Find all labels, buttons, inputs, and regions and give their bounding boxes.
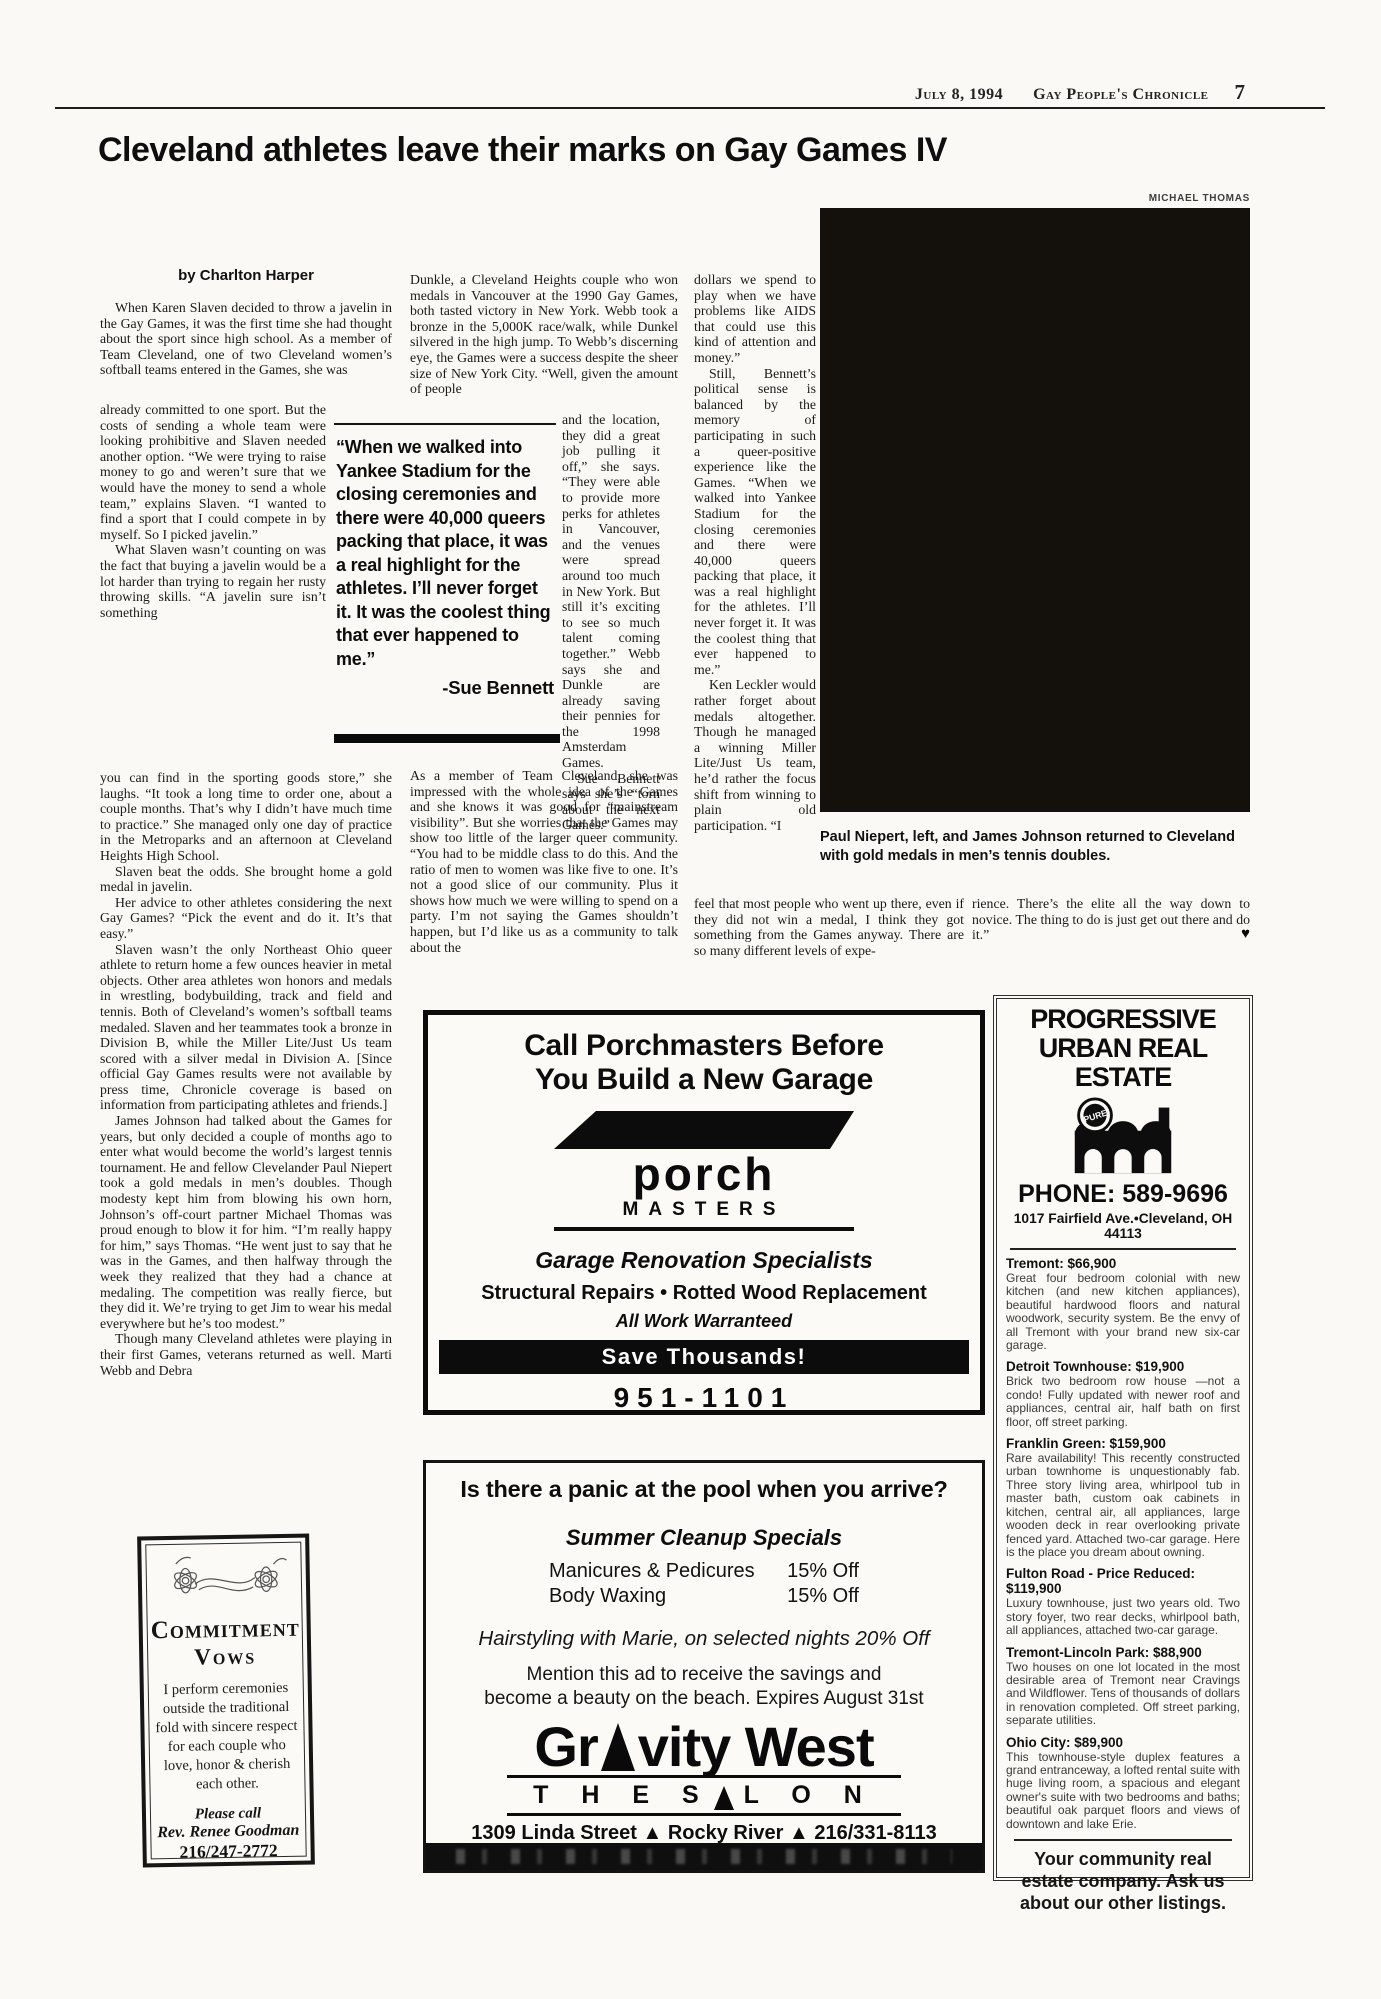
paragraph: Her advice to other athletes considering… bbox=[100, 895, 392, 942]
special-value: 15% Off bbox=[787, 1559, 859, 1584]
porchmasters-logo-word: porch bbox=[633, 1151, 776, 1197]
porchmasters-phone: 951-1101 bbox=[614, 1382, 795, 1414]
paragraph: feel that most people who went up there,… bbox=[694, 896, 964, 958]
listings: Tremont: $66,900 Great four bedroom colo… bbox=[1006, 1256, 1240, 1831]
article-col2-top: Dunkle, a Cleveland Heights couple who w… bbox=[410, 272, 678, 397]
masthead-date: July 8, 1994 bbox=[915, 86, 1003, 103]
paragraph: What Slaven wasn’t counting on was the f… bbox=[100, 542, 326, 620]
paragraph: Still, Bennett’s political sense is bala… bbox=[694, 366, 816, 678]
illegible-footer-text bbox=[456, 1849, 952, 1864]
photo-caption: Paul Niepert, left, and James Johnson re… bbox=[820, 828, 1252, 866]
paragraph: Slaven wasn’t the only Northeast Ohio qu… bbox=[100, 942, 392, 1114]
triangle-icon bbox=[714, 1786, 734, 1810]
paragraph: dollars we spend to play when we have pr… bbox=[694, 272, 816, 366]
paragraph-text: rience. There’s the elite all the way do… bbox=[972, 896, 1250, 942]
porchmasters-services: Structural Repairs • Rotted Wood Replace… bbox=[481, 1282, 927, 1305]
salon-text-right: L O N bbox=[744, 1781, 875, 1810]
commitment-vows-ad: Commitment Vows I perform ceremonies out… bbox=[137, 1534, 315, 1868]
porchmasters-warranty: All Work Warranteed bbox=[616, 1311, 792, 1332]
article-col1-rest: you can find in the sporting goods store… bbox=[100, 770, 392, 1378]
divider-rule bbox=[1010, 1248, 1236, 1250]
listing-item: Fulton Road - Price Reduced: $119,900 Lu… bbox=[1006, 1566, 1240, 1637]
porchmasters-logo-rule bbox=[554, 1227, 854, 1231]
gravity-west-specials-table: Manicures & Pedicures 15% Off Body Waxin… bbox=[549, 1559, 859, 1609]
article-photo bbox=[820, 208, 1250, 812]
listing-title: Detroit Townhouse: $19,900 bbox=[1006, 1359, 1240, 1374]
pull-quote-bottom-rule bbox=[334, 734, 560, 743]
paragraph: Ken Leckler would rather forget about me… bbox=[694, 677, 816, 833]
gravity-west-ad: Is there a panic at the pool when you ar… bbox=[423, 1460, 985, 1873]
listing-description: Great four bedroom colonial with new kit… bbox=[1006, 1272, 1240, 1352]
listing-description: This townhouse-style duplex features a g… bbox=[1006, 1751, 1240, 1831]
masthead-rule bbox=[55, 107, 1325, 109]
gravity-west-headline: Is there a panic at the pool when you ar… bbox=[426, 1476, 982, 1503]
commitment-vows-title-line1: Commitment bbox=[151, 1615, 299, 1646]
listing-description: Rare availability! This recently constru… bbox=[1006, 1452, 1240, 1559]
porchmasters-headline-line1: Call Porchmasters Before bbox=[524, 1029, 884, 1063]
paragraph: As a member of Team Cleveland, she was i… bbox=[410, 768, 678, 955]
porchmasters-ad: Call Porchmasters Before You Build a New… bbox=[423, 1010, 985, 1415]
salon-text-left: T H E S bbox=[533, 1781, 712, 1810]
paragraph: Slaven beat the odds. She brought home a… bbox=[100, 864, 392, 895]
pull-quote-top-rule bbox=[334, 423, 556, 425]
progressive-urban-address: 1017 Fairfield Ave.•Cleveland, OH 44113 bbox=[1006, 1211, 1240, 1241]
gravity-west-logo: Gr vity West bbox=[426, 1721, 982, 1773]
gravity-west-salon-line: T H E S L O N bbox=[507, 1775, 901, 1816]
byline: by Charlton Harper bbox=[100, 267, 392, 284]
listing-title: Franklin Green: $159,900 bbox=[1006, 1436, 1240, 1451]
pull-quote-attribution: -Sue Bennett bbox=[336, 676, 554, 700]
paragraph: Dunkle, a Cleveland Heights couple who w… bbox=[410, 272, 678, 397]
end-of-story-icon: ♥ bbox=[1241, 927, 1250, 942]
article-col1-narrow: already committed to one sport. But the … bbox=[100, 402, 326, 620]
paragraph: you can find in the sporting goods store… bbox=[100, 770, 392, 864]
paragraph: and the location, they did a great job p… bbox=[562, 412, 660, 771]
listing-item: Ohio City: $89,900 This townhouse-style … bbox=[1006, 1735, 1240, 1831]
masthead: July 8, 1994 Gay People's Chronicle 7 bbox=[915, 80, 1245, 105]
listing-title: Tremont-Lincoln Park: $88,900 bbox=[1006, 1645, 1240, 1660]
listing-description: Two houses on one lot located in the mos… bbox=[1006, 1661, 1240, 1728]
paragraph: already committed to one sport. But the … bbox=[100, 402, 326, 542]
logo-text-right: vity West bbox=[638, 1721, 874, 1773]
listing-description: Luxury townhouse, just two years old. Tw… bbox=[1006, 1597, 1240, 1637]
special-value: 15% Off bbox=[787, 1584, 859, 1609]
commitment-vows-body: I perform ceremonies outside the traditi… bbox=[152, 1679, 302, 1796]
article-col1-top: When Karen Slaven decided to throw a jav… bbox=[100, 300, 392, 378]
paragraph: James Johnson had talked about the Games… bbox=[100, 1113, 392, 1331]
porchmasters-logo-subword: MASTERS bbox=[623, 1199, 786, 1221]
paragraph: When Karen Slaven decided to throw a jav… bbox=[100, 300, 392, 378]
porchmasters-tagline: Garage Renovation Specialists bbox=[535, 1247, 872, 1274]
listing-item: Detroit Townhouse: $19,900 Brick two bed… bbox=[1006, 1359, 1240, 1429]
porch-roof-icon bbox=[554, 1111, 854, 1149]
gravity-west-offer: Mention this ad to receive the savings a… bbox=[426, 1663, 982, 1711]
pull-quote: “When we walked into Yankee Stadium for … bbox=[336, 436, 554, 700]
article-col3: dollars we spend to play when we have pr… bbox=[694, 272, 816, 833]
triangle-icon bbox=[601, 1723, 635, 1771]
progressive-urban-footer: Your community real estate company. Ask … bbox=[1014, 1839, 1232, 1914]
specials-row: Body Waxing 15% Off bbox=[549, 1584, 859, 1609]
article-col4-continued: rience. There’s the elite all the way do… bbox=[972, 896, 1250, 943]
listing-description: Brick two bedroom row house —not a condo… bbox=[1006, 1375, 1240, 1429]
progressive-urban-phone: PHONE: 589-9696 bbox=[1006, 1180, 1240, 1209]
listing-item: Tremont-Lincoln Park: $88,900 Two houses… bbox=[1006, 1645, 1240, 1728]
gravity-west-footer-bar bbox=[426, 1843, 982, 1870]
commitment-vows-title-line2: Vows bbox=[151, 1643, 299, 1672]
masthead-page-number: 7 bbox=[1235, 80, 1246, 104]
name-line1: PROGRESSIVE bbox=[1006, 1005, 1240, 1034]
specials-row: Manicures & Pedicures 15% Off bbox=[549, 1559, 859, 1584]
photo-credit: MICHAEL THOMAS bbox=[1000, 193, 1250, 204]
name-line2: URBAN REAL ESTATE bbox=[1006, 1034, 1240, 1092]
commitment-vows-name: Rev. Renee Goodman bbox=[154, 1822, 302, 1843]
gravity-west-specials-title: Summer Cleanup Specials bbox=[426, 1525, 982, 1551]
listing-item: Franklin Green: $159,900 Rare availabili… bbox=[1006, 1436, 1240, 1559]
article-col3-continued: feel that most people who went up there,… bbox=[694, 896, 964, 958]
pure-building-logo-icon: PURE bbox=[1048, 1096, 1198, 1178]
paragraph: Though many Cleveland athletes were play… bbox=[100, 1331, 392, 1378]
article-col2-rest: As a member of Team Cleveland, she was i… bbox=[410, 768, 678, 955]
listing-title: Ohio City: $89,900 bbox=[1006, 1735, 1240, 1750]
newspaper-page: July 8, 1994 Gay People's Chronicle 7 Cl… bbox=[0, 0, 1381, 1999]
special-label: Manicures & Pedicures bbox=[549, 1559, 755, 1584]
pull-quote-text: “When we walked into Yankee Stadium for … bbox=[336, 436, 554, 671]
paragraph: rience. There’s the elite all the way do… bbox=[972, 896, 1250, 943]
special-label: Body Waxing bbox=[549, 1584, 666, 1609]
masthead-paper-name: Gay People's Chronicle bbox=[1033, 86, 1208, 103]
porchmasters-headline: Call Porchmasters Before You Build a New… bbox=[524, 1029, 884, 1097]
listing-title: Tremont: $66,900 bbox=[1006, 1256, 1240, 1271]
gravity-west-address: 1309 Linda Street ▲ Rocky River ▲ 216/33… bbox=[426, 1822, 982, 1845]
porchmasters-logo: porch MASTERS bbox=[554, 1111, 854, 1231]
commitment-vows-phone: 216/247-2772 bbox=[154, 1840, 302, 1864]
gravity-west-stylist-line: Hairstyling with Marie, on selected nigh… bbox=[426, 1627, 982, 1651]
progressive-urban-name: PROGRESSIVE URBAN REAL ESTATE bbox=[1006, 1005, 1240, 1092]
listing-title: Fulton Road - Price Reduced: $119,900 bbox=[1006, 1566, 1240, 1596]
article-headline: Cleveland athletes leave their marks on … bbox=[98, 132, 1028, 168]
logo-text-left: Gr bbox=[534, 1721, 597, 1773]
flowers-illustration-icon bbox=[149, 1548, 300, 1611]
listing-item: Tremont: $66,900 Great four bedroom colo… bbox=[1006, 1256, 1240, 1352]
offer-line1: Mention this ad to receive the savings a… bbox=[426, 1663, 982, 1687]
offer-line2: become a beauty on the beach. Expires Au… bbox=[426, 1687, 982, 1711]
porchmasters-banner: Save Thousands! bbox=[439, 1340, 969, 1374]
progressive-urban-ad: PROGRESSIVE URBAN REAL ESTATE PURE PHONE… bbox=[993, 995, 1253, 1881]
porchmasters-headline-line2: You Build a New Garage bbox=[524, 1063, 884, 1097]
